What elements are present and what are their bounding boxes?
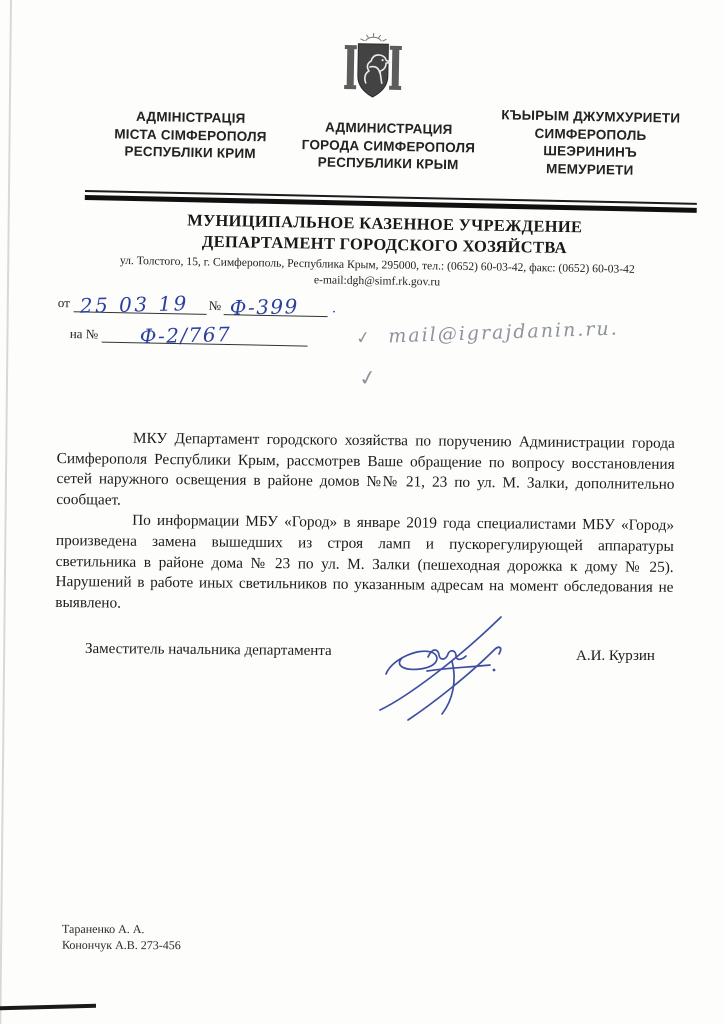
executor-name-2: Конончук А.В. 273-456: [62, 937, 181, 953]
outgoing-reference-row: от25 03 19№Ф-399.: [58, 294, 336, 317]
body-paragraph-2: По информации МБУ «Город» в январе 2019 …: [55, 510, 674, 619]
checkmark-icon: ✓: [357, 365, 379, 393]
institution-title: МУНИЦИПАЛЬНОЕ КАЗЕННОЕ УЧРЕЖДЕНИЕ ДЕПАРТ…: [104, 208, 665, 260]
handwritten-outgoing-number: Ф-399: [230, 294, 300, 320]
signer-name: А.И. Курзин: [576, 648, 655, 665]
handwritten-incoming-number: Ф-2/767: [140, 322, 232, 348]
handwritten-date: 25 03 19: [80, 291, 190, 318]
scan-edge-artifact-left: [0, 0, 11, 1024]
executor-name-1: Тараненко А. А.: [62, 922, 181, 938]
reply-underline: Ф-2/767: [102, 325, 308, 347]
org-name-crimean-tatar: КЪЫРЫМ ДЖУМХУРИЕТИ СИМФЕРОПОЛЬ ШЕЭРИНИНЪ…: [486, 106, 695, 180]
scan-edge-artifact-bottom: [0, 1003, 96, 1009]
signer-position-title: Заместитель начальника департамента: [85, 641, 332, 660]
ink-dot: .: [332, 300, 336, 316]
reply-label: на №: [70, 326, 99, 342]
checkmark-icon: ✓: [355, 327, 372, 349]
number-label: №: [209, 298, 222, 313]
crimea-coat-of-arms-icon: [340, 31, 405, 102]
body-paragraph-1: МКУ Департамент городского хозяйства по …: [56, 428, 675, 516]
document-page: АДМІНІСТРАЦІЯ МІСТА СІМФЕРОПОЛЯ РЕСПУБЛІ…: [0, 0, 724, 1024]
handwritten-email-note: ✓mail@igrajdanin.ru.: [356, 317, 619, 348]
incoming-reference-row: на №Ф-2/767: [70, 324, 309, 347]
number-underline: Ф-399: [224, 297, 328, 317]
from-label: от: [58, 295, 70, 310]
handwritten-email-text: mail@igrajdanin.ru.: [388, 317, 619, 347]
org-line: РЕСПУБЛИКИ КРЫМ: [293, 153, 483, 174]
executor-footer: Тараненко А. А. Конончук А.В. 273-456: [62, 922, 181, 953]
org-name-ukrainian: АДМІНІСТРАЦІЯ МІСТА СІМФЕРОПОЛЯ РЕСПУБЛІ…: [91, 107, 290, 163]
org-name-russian: АДМИНИСТРАЦИЯ ГОРОДА СИМФЕРОПОЛЯ РЕСПУБЛ…: [293, 118, 484, 174]
org-line: МЕМУРИЕТИ: [486, 158, 694, 179]
signature-scribble: [372, 608, 524, 746]
date-underline: 25 03 19: [74, 294, 207, 315]
letter-body: МКУ Департамент городского хозяйства по …: [55, 428, 675, 619]
